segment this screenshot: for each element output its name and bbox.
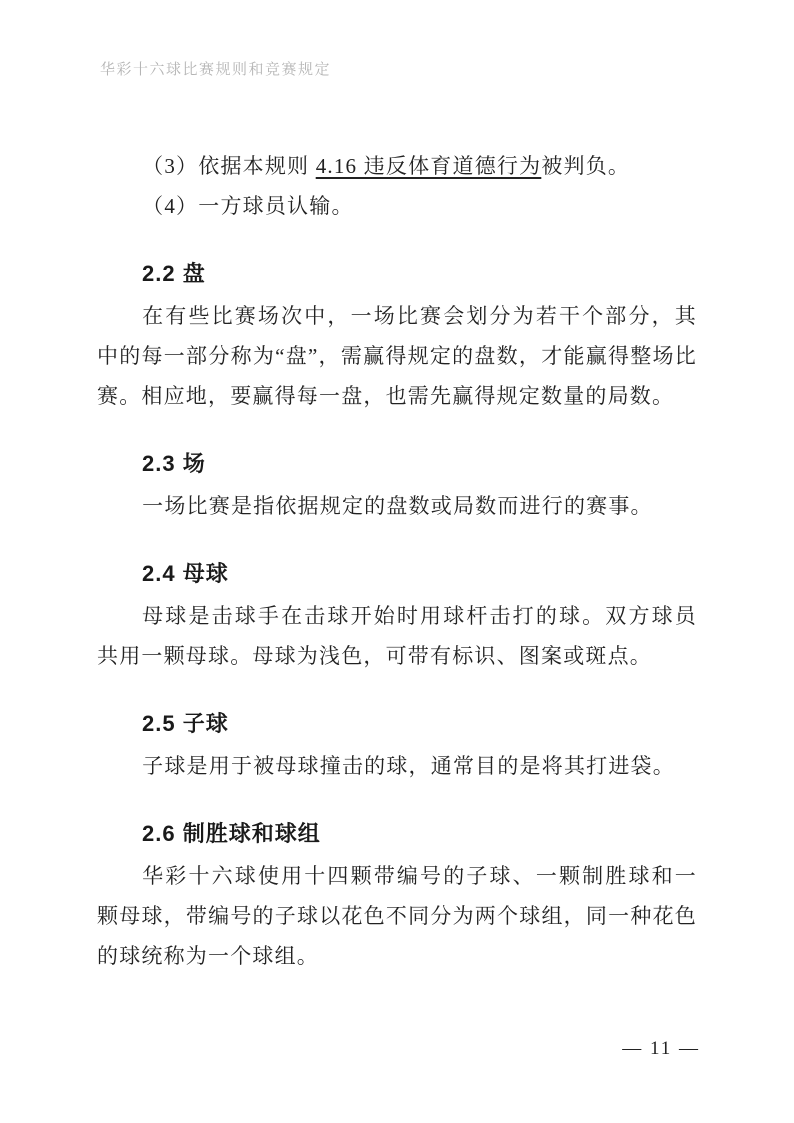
list-item-4: （4）一方球员认输。 (97, 186, 697, 226)
page-content: （3）依据本规则 4.16 违反体育道德行为被判负。 （4）一方球员认输。 2.… (97, 146, 697, 976)
list-item-3-suffix: 被判负。 (541, 154, 630, 178)
section-heading-2-5: 2.5 子球 (142, 704, 697, 744)
section-heading-2-2: 2.2 盘 (142, 254, 697, 294)
section-heading-2-4: 2.4 母球 (142, 554, 697, 594)
section-2-3: 2.3 场 一场比赛是指依据规定的盘数或局数而进行的赛事。 (97, 444, 697, 526)
section-paragraph-2-2: 在有些比赛场次中，一场比赛会划分为若干个部分，其中的每一部分称为“盘”，需赢得规… (97, 296, 697, 416)
section-paragraph-2-5: 子球是用于被母球撞击的球，通常目的是将其打进袋。 (97, 746, 697, 786)
list-item-3: （3）依据本规则 4.16 违反体育道德行为被判负。 (97, 146, 697, 186)
section-heading-2-3: 2.3 场 (142, 444, 697, 484)
section-2-2: 2.2 盘 在有些比赛场次中，一场比赛会划分为若干个部分，其中的每一部分称为“盘… (97, 254, 697, 416)
list-item-3-prefix: （3）依据本规则 (142, 154, 316, 178)
section-2-4: 2.4 母球 母球是击球手在击球开始时用球杆击打的球。双方球员共用一颗母球。母球… (97, 554, 697, 676)
section-heading-2-6: 2.6 制胜球和球组 (142, 814, 697, 854)
page-number: — 11 — (622, 1038, 700, 1060)
section-paragraph-2-6: 华彩十六球使用十四颗带编号的子球、一颗制胜球和一颗母球，带编号的子球以花色不同分… (97, 856, 697, 976)
section-paragraph-2-3: 一场比赛是指依据规定的盘数或局数而进行的赛事。 (97, 486, 697, 526)
section-2-6: 2.6 制胜球和球组 华彩十六球使用十四颗带编号的子球、一颗制胜球和一颗母球，带… (97, 814, 697, 976)
section-2-5: 2.5 子球 子球是用于被母球撞击的球，通常目的是将其打进袋。 (97, 704, 697, 786)
document-page: { "header": { "title": "华彩十六球比赛规则和竞赛规定" … (0, 0, 794, 1123)
section-paragraph-2-4: 母球是击球手在击球开始时用球杆击打的球。双方球员共用一颗母球。母球为浅色，可带有… (97, 596, 697, 676)
page-header: 华彩十六球比赛规则和竞赛规定 (100, 58, 331, 79)
rule-reference-link[interactable]: 4.16 违反体育道德行为 (316, 154, 542, 178)
